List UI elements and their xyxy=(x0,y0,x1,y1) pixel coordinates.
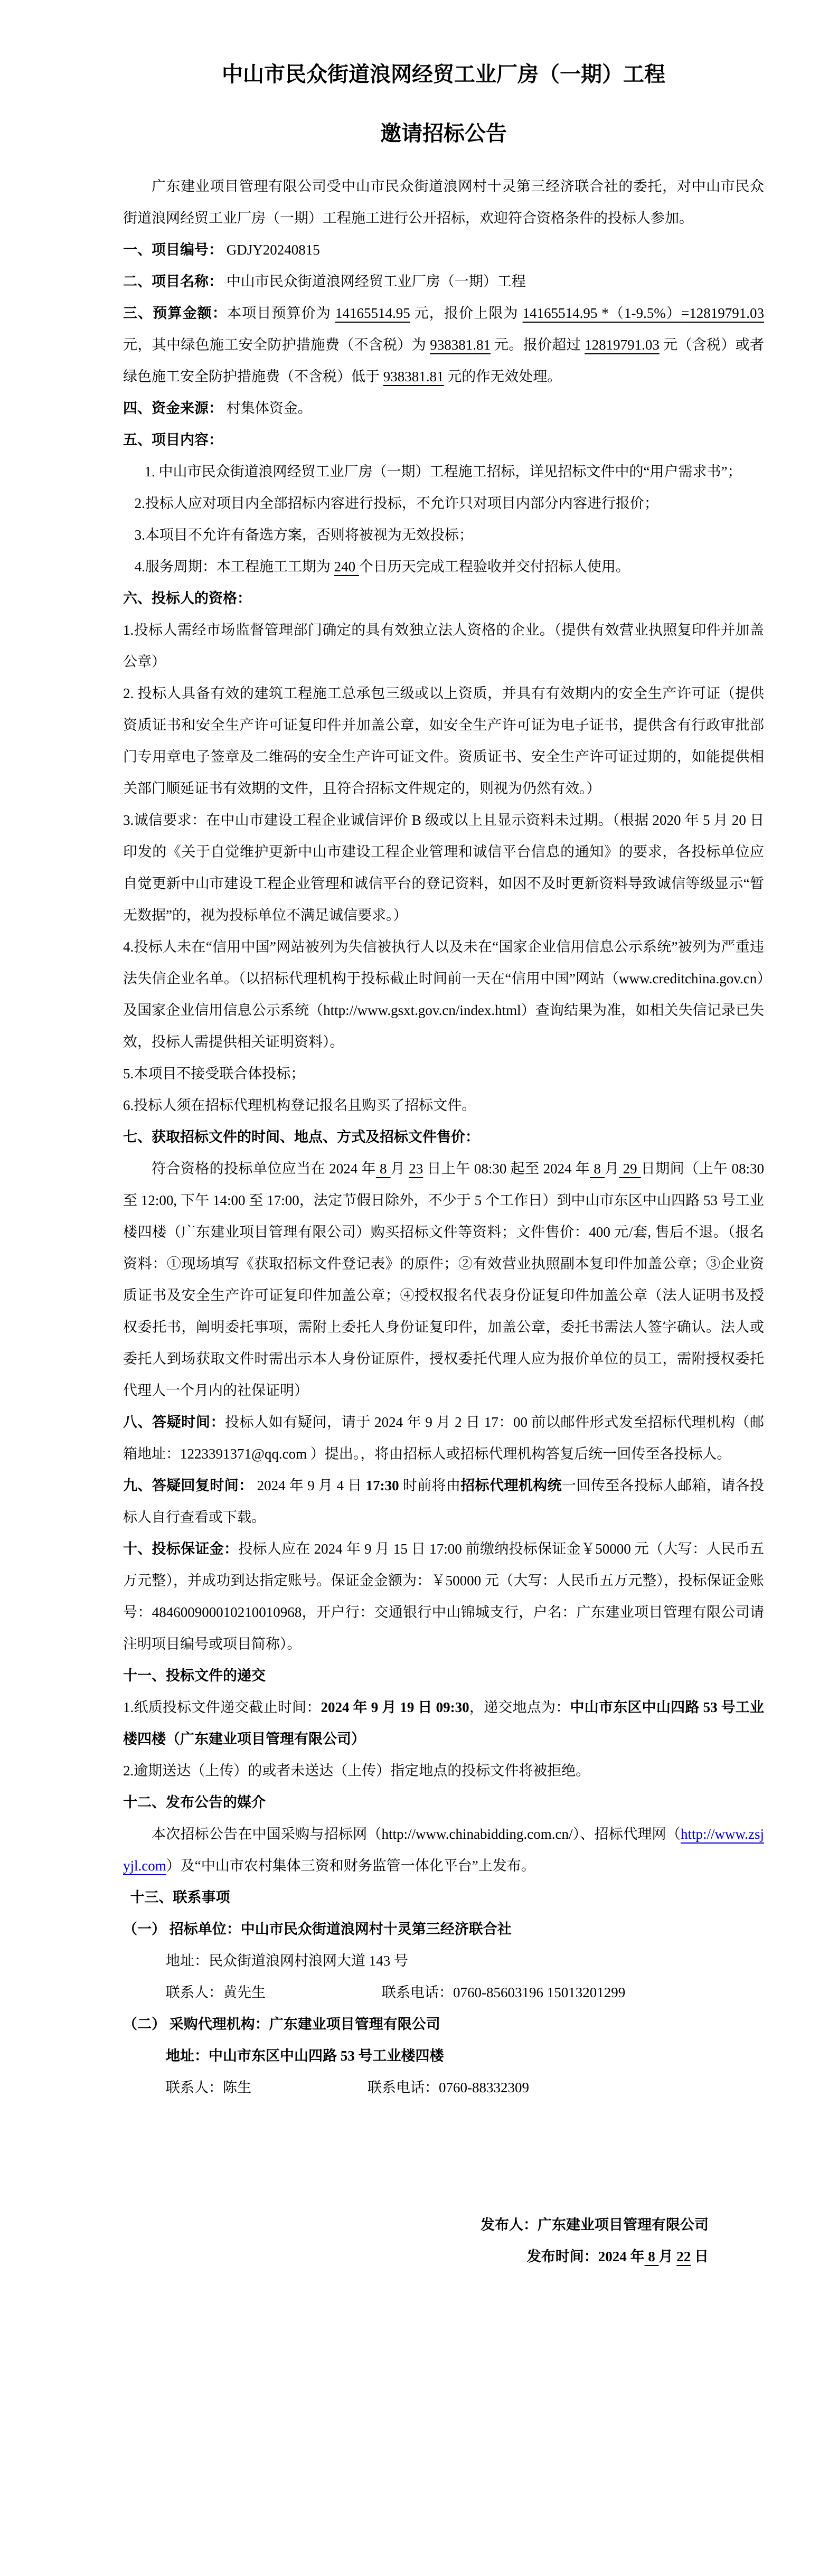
text-run: 十三、联系事项 xyxy=(130,1889,230,1905)
document-title-line1: 中山市民众街道浪网经贸工业厂房（一期）工程 xyxy=(123,45,764,104)
tendering-unit-contact: 联系人：黄先生联系电话：0760-85603196 15013201299 xyxy=(123,1977,764,2008)
section-project-number: 一、项目编号： GDJY20240815 xyxy=(123,234,764,266)
text-run: 八、答疑时间： xyxy=(123,1414,225,1430)
text-run: 十二、发布公告的媒介 xyxy=(123,1794,266,1810)
text-run: 村集体资金。 xyxy=(223,400,312,416)
text-run: 四、资金来源： xyxy=(123,400,223,416)
text-run: 发布时间：2024 年 xyxy=(527,2249,645,2264)
text-run: 日上午 08:30 起至 2024 年 xyxy=(423,1161,590,1177)
text-run: 时前将由 xyxy=(399,1478,461,1493)
text-run: ）及“中山市农村集体三资和财务监管一体化平台”上发布。 xyxy=(166,1858,535,1874)
text-run: 招标代理机构统 xyxy=(460,1478,562,1493)
text-run: 14165514.95 xyxy=(335,305,410,321)
text-run: 联系电话：0760-88332309 xyxy=(368,2080,529,2095)
column-spacer xyxy=(266,1997,382,1997)
project-content-item-1: 1. 中山市民众街道浪网经贸工业厂房（一期）工程施工招标，详见招标文件中的“用户… xyxy=(123,456,764,487)
text-run: 2. 投标人具备有效的建筑工程施工总承包三级或以上资质，并具有有效期内的安全生产… xyxy=(123,685,764,796)
text-run: 元，报价上限为 xyxy=(410,305,523,321)
text-run: ，递交地点为： xyxy=(469,1699,570,1715)
text-run: （一） 招标单位：中山市民众街道浪网村十灵第三经济联合社 xyxy=(123,1921,512,1937)
project-content-item-3: 3.本项目不允许有备选方案，否则将被视为无效投标； xyxy=(123,519,764,551)
text-run: 8 xyxy=(590,1161,605,1177)
text-run: 九、答疑回复时间： xyxy=(123,1478,253,1493)
text-run: 一、项目编号： xyxy=(123,242,223,258)
text-run: 联系人：陈生 xyxy=(166,2080,251,2095)
text-run: GDJY20240815 xyxy=(223,242,320,258)
qualification-item-1: 1.投标人需经市场监督管理部门确定的具有效独立法人资格的企业。（提供有效营业执照… xyxy=(123,614,764,678)
text-run: 日期间（上午 08:30 至 12:00, 下午 14:00 至 17:00，法… xyxy=(123,1161,764,1398)
section-inquiry-time: 八、答疑时间：投标人如有疑问，请于 2024 年 9 月 2 日 17：00 前… xyxy=(123,1406,764,1470)
bid-submission-item-1: 1.纸质投标文件递交截止时间：2024 年 9 月 19 日 09:30，递交地… xyxy=(123,1691,764,1755)
text-run: 日 xyxy=(691,2249,709,2264)
text-run: 1.投标人需经市场监督管理部门确定的具有效独立法人资格的企业。（提供有效营业执照… xyxy=(123,622,764,670)
text-run: 17:30 xyxy=(366,1478,399,1493)
obtain-documents-body: 符合资格的投标单位应当在 2024 年 8 月 23 日上午 08:30 起至 … xyxy=(123,1153,764,1406)
project-content-item-2: 2.投标人应对项目内全部招标内容进行投标，不允许只对项目内部分内容进行报价； xyxy=(123,487,764,519)
text-run: 七、获取招标文件的时间、地点、方式及招标文件售价： xyxy=(123,1129,479,1145)
section-bid-deposit: 十、投标保证金：投标人应在 2024 年 9 月 15 日 17:00 前缴纳投… xyxy=(123,1533,764,1660)
text-run: 22 xyxy=(676,2249,691,2264)
text-run: 938381.81 xyxy=(430,337,491,353)
section-contact-matters: 十三、联系事项 xyxy=(123,1882,764,1913)
text-run: 2.逾期送达（上传）的或者未送达（上传）指定地点的投标文件将被拒绝。 xyxy=(123,1763,590,1779)
text-run: 联系电话：0760-85603196 15013201299 xyxy=(382,1985,625,2000)
text-run: 23 xyxy=(409,1161,423,1177)
text-run: 2.投标人应对项目内全部招标内容进行投标，不允许只对项目内部分内容进行报价； xyxy=(135,495,658,511)
text-run: 中山市民众街道浪网经贸工业厂房（一期）工程 xyxy=(223,274,526,289)
tendering-unit-row: （一） 招标单位：中山市民众街道浪网村十灵第三经济联合社 xyxy=(123,1913,764,1945)
section-obtain-documents: 七、获取招标文件的时间、地点、方式及招标文件售价： xyxy=(123,1121,764,1153)
text-run: 六、投标人的资格： xyxy=(123,590,251,606)
text-run: 8 xyxy=(645,2249,659,2264)
agency-unit-contact: 联系人：陈生联系电话：0760-88332309 xyxy=(123,2072,764,2103)
text-run: 2024 年 9 月 4 日 xyxy=(253,1478,365,1493)
text-run: 个日历天完成工程验收并交付招标人使用。 xyxy=(359,559,630,575)
text-run: 二、项目名称： xyxy=(123,274,223,289)
qualification-item-4: 4.投标人未在“信用中国”网站被列为失信被执行人以及未在“国家企业信用信息公示系… xyxy=(123,931,764,1058)
publish-date-line: 发布时间：2024 年 8 月 22 日 xyxy=(123,2241,709,2272)
footer-block: 发布人：广东建业项目管理有限公司 发布时间：2024 年 8 月 22 日 xyxy=(123,2209,764,2272)
column-spacer xyxy=(251,2092,368,2092)
document-title-line2: 邀请招标公告 xyxy=(123,104,764,163)
section-funding-source: 四、资金来源： 村集体资金。 xyxy=(123,392,764,424)
text-run: 240 xyxy=(334,559,359,575)
text-run: （二） 采购代理机构：广东建业项目管理有限公司 xyxy=(123,2016,440,2032)
text-run: 3.诚信要求：在中山市建设工程企业诚信评价 B 级或以上且显示资料未过期。（根据… xyxy=(123,812,764,923)
qualification-item-5: 5.本项目不接受联合体投标； xyxy=(123,1058,764,1089)
qualification-item-6: 6.投标人须在招标代理机构登记报名且购买了招标文件。 xyxy=(123,1089,764,1121)
tendering-unit-address: 地址：民众街道浪网村浪网大道 143 号 xyxy=(123,1945,764,1977)
tender-announcement-page: 中山市民众街道浪网经贸工业厂房（一期）工程 邀请招标公告 广东建业项目管理有限公… xyxy=(0,0,838,2576)
text-run: 4.投标人未在“信用中国”网站被列为失信被执行人以及未在“国家企业信用信息公示系… xyxy=(123,939,764,1050)
text-run: 5.本项目不接受联合体投标； xyxy=(123,1066,305,1082)
text-run: 五、项目内容： xyxy=(123,432,223,448)
text-run: 十、投标保证金： xyxy=(123,1541,238,1557)
text-run: 4.服务周期：本工程施工工期为 xyxy=(135,559,334,575)
text-run: 十一、投标文件的递交 xyxy=(123,1668,266,1684)
intro-paragraph: 广东建业项目管理有限公司受中山市民众街道浪网村十灵第三经济联合社的委托，对中山市… xyxy=(123,171,764,234)
text-run: 本项目预算价为 xyxy=(227,305,335,321)
text-run: 元的作无效处理。 xyxy=(444,369,562,384)
section-project-name: 二、项目名称： 中山市民众街道浪网经贸工业厂房（一期）工程 xyxy=(123,266,764,297)
text-run: 联系人：黄先生 xyxy=(166,1985,266,2000)
text-run: 月 xyxy=(605,1161,619,1177)
project-content-item-4: 4.服务周期：本工程施工工期为 240 个日历天完成工程验收并交付招标人使用。 xyxy=(123,551,764,582)
section-project-content: 五、项目内容： xyxy=(123,424,764,456)
text-run: 三、预算金额： xyxy=(123,305,227,321)
text-run: 14165514.95 *（1-9.5%） xyxy=(523,305,681,321)
text-run: 广东建业项目管理有限公司受中山市民众街道浪网村十灵第三经济联合社的委托，对中山市… xyxy=(123,178,764,226)
text-run: 月 xyxy=(391,1161,409,1177)
text-run: 938381.81 xyxy=(383,369,444,384)
section-announcement-media: 十二、发布公告的媒介 xyxy=(123,1787,764,1818)
announcement-media-body: 本次招标公告在中国采购与招标网（http://www.chinabidding.… xyxy=(123,1818,764,1882)
bid-submission-item-2: 2.逾期送达（上传）的或者未送达（上传）指定地点的投标文件将被拒绝。 xyxy=(123,1755,764,1787)
text-run: 投标人应在 2024 年 9 月 15 日 17:00 前缴纳投标保证金￥500… xyxy=(123,1541,764,1652)
text-run: 29 xyxy=(619,1161,641,1177)
section-inquiry-reply-time: 九、答疑回复时间： 2024 年 9 月 4 日 17:30 时前将由招标代理机… xyxy=(123,1470,764,1533)
text-run: 6.投标人须在招标代理机构登记报名且购买了招标文件。 xyxy=(123,1097,476,1113)
text-run: 2024 年 9 月 19 日 09:30 xyxy=(321,1699,469,1715)
text-run: =12819791.03 xyxy=(681,305,764,321)
text-run: 12819791.03 xyxy=(585,337,660,353)
section-bid-submission: 十一、投标文件的递交 xyxy=(123,1660,764,1691)
qualification-item-2: 2. 投标人具备有效的建筑工程施工总承包三级或以上资质，并具有有效期内的安全生产… xyxy=(123,678,764,804)
text-run: 8 xyxy=(376,1161,391,1177)
text-run: 3.本项目不允许有备选方案，否则将被视为无效投标； xyxy=(135,527,473,543)
publisher-line: 发布人：广东建业项目管理有限公司 xyxy=(123,2209,709,2241)
qualification-item-3: 3.诚信要求：在中山市建设工程企业诚信评价 B 级或以上且显示资料未过期。（根据… xyxy=(123,804,764,931)
text-run: 月 xyxy=(659,2249,677,2264)
text-run: 地址：中山市东区中山四路 53 号工业楼四楼 xyxy=(166,2048,444,2064)
text-run: 元。报价超过 xyxy=(491,337,585,353)
agency-unit-row: （二） 采购代理机构：广东建业项目管理有限公司 xyxy=(123,2008,764,2040)
agency-unit-address: 地址：中山市东区中山四路 53 号工业楼四楼 xyxy=(123,2040,764,2072)
text-run: 地址：民众街道浪网村浪网大道 143 号 xyxy=(166,1953,408,1969)
text-run: 发布人：广东建业项目管理有限公司 xyxy=(481,2217,709,2233)
section-bidder-qualification: 六、投标人的资格： xyxy=(123,582,764,614)
text-run: 本次招标公告在中国采购与招标网（http://www.chinabidding.… xyxy=(152,1826,681,1842)
section-budget-amount: 三、预算金额：本项目预算价为 14165514.95 元，报价上限为 14165… xyxy=(123,297,764,392)
text-run: 符合资格的投标单位应当在 2024 年 xyxy=(152,1161,376,1177)
document-title: 中山市民众街道浪网经贸工业厂房（一期）工程 邀请招标公告 xyxy=(123,45,764,163)
text-run: 1.纸质投标文件递交截止时间： xyxy=(123,1699,321,1715)
text-run: 元，其中绿色施工安全防护措施费（不含税）为 xyxy=(123,337,430,353)
text-run: 1. 中山市民众街道浪网经贸工业厂房（一期）工程施工招标，详见招标文件中的“用户… xyxy=(145,464,742,480)
